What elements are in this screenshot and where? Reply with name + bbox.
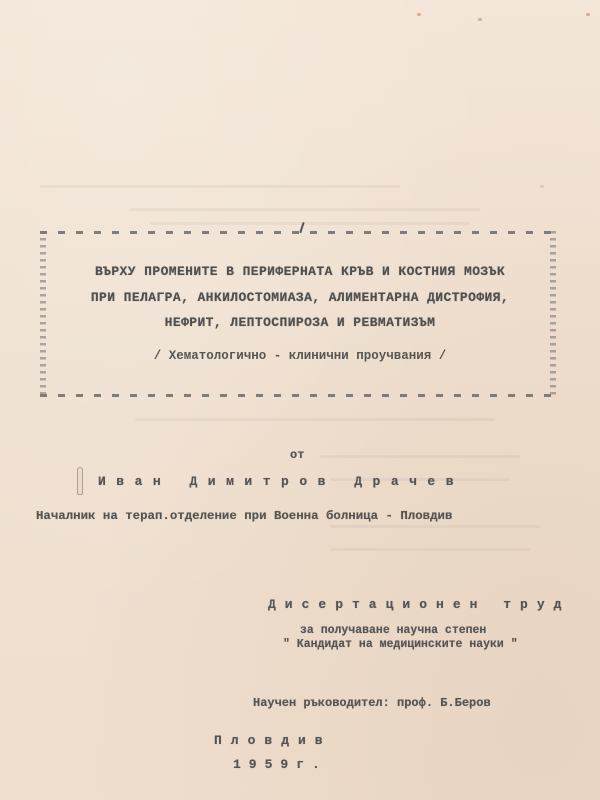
- bleed-through-mark: [130, 208, 480, 211]
- pin-mark: [77, 467, 83, 495]
- bleed-through-mark: [135, 418, 495, 421]
- title-line-1: ВЪРХУ ПРОМЕНИТЕ В ПЕРИФЕРНАТА КРЪВ И КОС…: [0, 264, 600, 279]
- paper-stain: [417, 13, 421, 16]
- bleed-through-mark: [40, 185, 400, 188]
- title-subtitle: / Хематологично - клинични проучвания /: [0, 349, 600, 363]
- title-line-3: НЕФРИТ, ЛЕПТОСПИРОЗА И РЕВМАТИЗЪМ: [0, 315, 600, 330]
- frame-left-border: [40, 231, 46, 397]
- frame-top-border: [40, 231, 556, 234]
- author-name: Иван Димитров Драчев: [98, 474, 464, 489]
- author-position: Началник на терап.отделение при Военна б…: [36, 509, 452, 523]
- author-by-label: от: [290, 448, 304, 462]
- bleed-through-mark: [330, 548, 530, 551]
- paper-stain: [540, 185, 544, 188]
- document-page: ВЪРХУ ПРОМЕНИТЕ В ПЕРИФЕРНАТА КРЪВ И КОС…: [0, 0, 600, 800]
- title-frame: [40, 231, 556, 397]
- supervisor: Научен ръководител: проф. Б.Беров: [253, 696, 491, 710]
- paper-stain: [586, 13, 590, 16]
- dissertation-heading: Дисертационен труд: [268, 597, 570, 612]
- bleed-through-mark: [150, 222, 470, 225]
- title-line-2: ПРИ ПЕЛАГРА, АНКИЛОСТОМИАЗА, АЛИМЕНТАРНА…: [0, 290, 600, 305]
- bleed-through-mark: [330, 525, 540, 528]
- place: Пловдив: [214, 733, 332, 748]
- paper-stain: [478, 18, 482, 21]
- frame-bottom-border: [40, 394, 556, 397]
- dissertation-purpose: за получаване научна степен: [300, 624, 486, 637]
- frame-right-border: [550, 231, 556, 397]
- year: 1959г.: [233, 757, 328, 772]
- dissertation-degree: " Кандидат на медицинските науки ": [283, 638, 518, 651]
- bleed-through-mark: [320, 455, 520, 458]
